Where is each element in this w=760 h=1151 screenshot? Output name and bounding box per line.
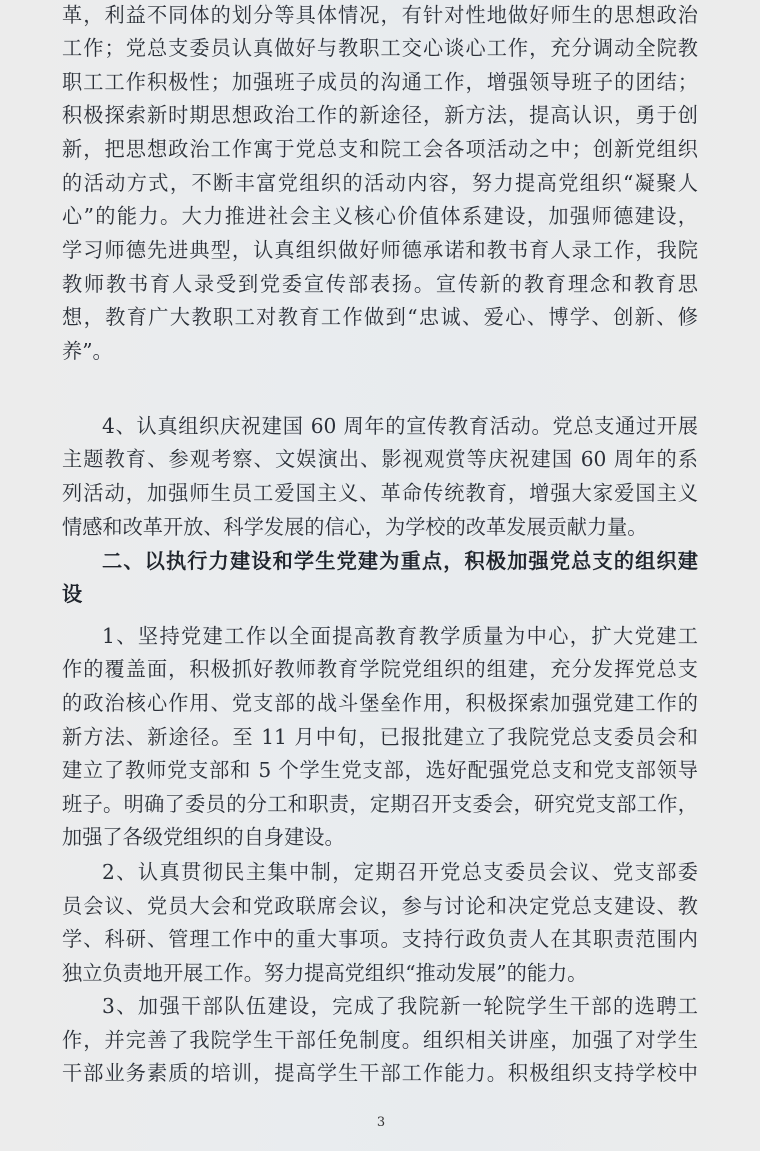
text-line: 新，把思想政治工作寓于党总支和院工会各项活动之中；创新党组织 bbox=[62, 134, 698, 164]
text-line: 心”的能力。大力推进社会主义核心价值体系建设，加强师德建设， bbox=[62, 201, 698, 231]
text-line: 独立负责地开展工作。努力提高党组织“推动发展”的能力。 bbox=[62, 958, 698, 988]
paragraph-first-line: 1、坚持党建工作以全面提高教育教学质量为中心，扩大党建工 bbox=[102, 621, 698, 651]
page-number: 3 bbox=[374, 1113, 388, 1133]
text-line: 作，并完善了我院学生干部任免制度。组织相关讲座，加强了对学生 bbox=[62, 1025, 698, 1055]
section-heading: 二、以执行力建设和学生党建为重点，积极加强党总支的组织建 bbox=[102, 546, 698, 576]
text-line: 教师教书育人录受到党委宣传部表扬。宣传新的教育理念和教育思 bbox=[62, 269, 698, 299]
text-line: 养”。 bbox=[62, 336, 698, 366]
paragraph-first-line: 2、认真贯彻民主集中制，定期召开党总支委员会议、党支部委 bbox=[102, 857, 698, 887]
text-line: 班子。明确了委员的分工和职责，定期召开支委会，研究党支部工作， bbox=[62, 789, 698, 819]
text-line: 学习师德先进典型，认真组织做好师德承诺和教书育人录工作，我院 bbox=[62, 235, 698, 265]
text-line: 工作；党总支委员认真做好与教职工交心谈心工作，充分调动全院教 bbox=[62, 33, 698, 63]
paragraph-first-line: 3、加强干部队伍建设，完成了我院新一轮院学生干部的选聘工 bbox=[102, 991, 698, 1021]
text-line: 想，教育广大教职工对教育工作做到“忠诚、爱心、博学、创新、修 bbox=[62, 302, 698, 332]
text-line: 加强了各级党组织的自身建设。 bbox=[62, 822, 698, 852]
text-line: 学、科研、管理工作中的重大事项。支持行政负责人在其职责范围内 bbox=[62, 924, 698, 954]
text-line: 革，利益不同体的划分等具体情况，有针对性地做好师生的思想政治 bbox=[62, 0, 698, 30]
text-line: 的活动方式，不断丰富党组织的活动内容，努力提高党组织“凝聚人 bbox=[62, 168, 698, 198]
text-line: 积极探索新时期思想政治工作的新途径，新方法，提高认识，勇于创 bbox=[62, 100, 698, 130]
section-heading-continuation: 设 bbox=[62, 579, 698, 609]
text-line: 作的覆盖面，积极抓好教师教育学院党组织的组建，充分发挥党总支 bbox=[62, 654, 698, 684]
text-line: 列活动，加强师生员工爱国主义、革命传统教育，增强大家爱国主义 bbox=[62, 478, 698, 508]
text-line: 建立了教师党支部和 5 个学生党支部，选好配强党总支和党支部领导 bbox=[62, 755, 698, 785]
text-line: 的政治核心作用、党支部的战斗堡垒作用，积极探索加强党建工作的 bbox=[62, 688, 698, 718]
text-line: 职工工作积极性；加强班子成员的沟通工作，增强领导班子的团结； bbox=[62, 67, 698, 97]
text-line: 情感和改革开放、科学发展的信心，为学校的改革发展贡献力量。 bbox=[62, 512, 698, 542]
document-page: 革，利益不同体的划分等具体情况，有针对性地做好师生的思想政治 工作；党总支委员认… bbox=[0, 0, 760, 1151]
paragraph-first-line: 4、认真组织庆祝建国 60 周年的宣传教育活动。党总支通过开展 bbox=[102, 411, 698, 441]
text-line: 新方法、新途径。至 11 月中旬，已报批建立了我院党总支委员会和 bbox=[62, 722, 698, 752]
text-line: 干部业务素质的培训，提高学生干部工作能力。积极组织支持学校中 bbox=[62, 1058, 698, 1088]
text-line: 主题教育、参观考察、文娱演出、影视观赏等庆祝建国 60 周年的系 bbox=[62, 444, 698, 474]
text-line: 员会议、党员大会和党政联席会议，参与讨论和决定党总支建设、教 bbox=[62, 891, 698, 921]
